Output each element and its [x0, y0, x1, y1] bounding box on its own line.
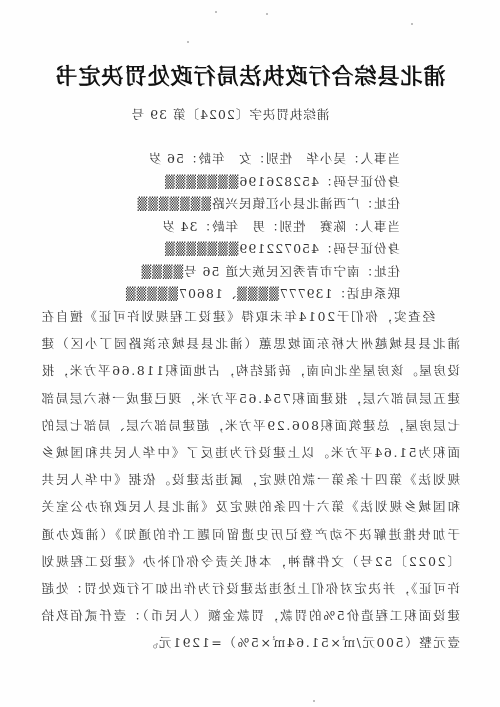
party-label: 住址：	[359, 196, 400, 211]
scan-speck	[313, 700, 315, 702]
scan-speck	[266, 13, 268, 15]
party-label: 当事人：	[346, 219, 400, 234]
parties-block: 当事人：吴小华 性别：女 年龄：56 岁 身份证号码：452826196▒▒▒▒…	[40, 148, 400, 306]
document-number: 浦综执罚决字〔2024〕第 39 号	[0, 105, 500, 123]
party-row: 身份证号码：452826196▒▒▒▒▒▒▒	[40, 171, 400, 194]
party-label: 联系电话：	[332, 286, 400, 301]
scan-speck	[156, 643, 158, 645]
party-value: 陈赛 性别：男 年龄：34 岁	[161, 219, 346, 234]
scan-speck	[215, 11, 217, 13]
party-label: 住址：	[359, 264, 400, 279]
party-label: 身份证号码：	[319, 174, 400, 189]
party-row: 住址：广西浦北县小江镇民兴路▒▒▒▒▒▒▒	[40, 193, 400, 216]
scan-speck	[187, 41, 189, 43]
party-value: 南宁市青秀区民族大道 56 号▒▒▒▒	[141, 264, 360, 279]
party-value: 139777▒▒▒▒、18607▒▒▒▒▒	[125, 286, 333, 301]
party-row: 当事人：陈赛 性别：男 年龄：34 岁	[40, 216, 400, 239]
party-value: 广西浦北县小江镇民兴路▒▒▒▒▒▒▒	[137, 196, 360, 211]
document-title: 浦北县综合行政执法局行政处罚决定书	[0, 60, 500, 91]
party-label: 当事人：	[346, 151, 400, 166]
party-value: 吴小华 性别：女 年龄：56 岁	[148, 151, 346, 166]
party-row: 当事人：吴小华 性别：女 年龄：56 岁	[40, 148, 400, 171]
body-paragraph: 经查实，你们于2014年未取得《建设工程规划许可证》擅自在浦北县县城越州大桥东面…	[40, 303, 460, 657]
party-value: 452826196▒▒▒▒▒▒▒	[164, 174, 319, 189]
party-row: 住址：南宁市青秀区民族大道 56 号▒▒▒▒	[40, 261, 400, 284]
party-label: 身份证号码：	[319, 241, 400, 256]
scanned-document-page: 浦北县综合行政执法局行政处罚决定书 浦综执罚决字〔2024〕第 39 号 当事人…	[0, 0, 500, 707]
body-text: 经查实，你们于2014年未取得《建设工程规划许可证》擅自在浦北县县城越州大桥东面…	[40, 303, 460, 657]
party-value: 450722199▒▒▒▒▒▒▒	[164, 241, 319, 256]
party-row: 身份证号码：450722199▒▒▒▒▒▒▒	[40, 238, 400, 261]
scan-speck	[411, 23, 413, 25]
